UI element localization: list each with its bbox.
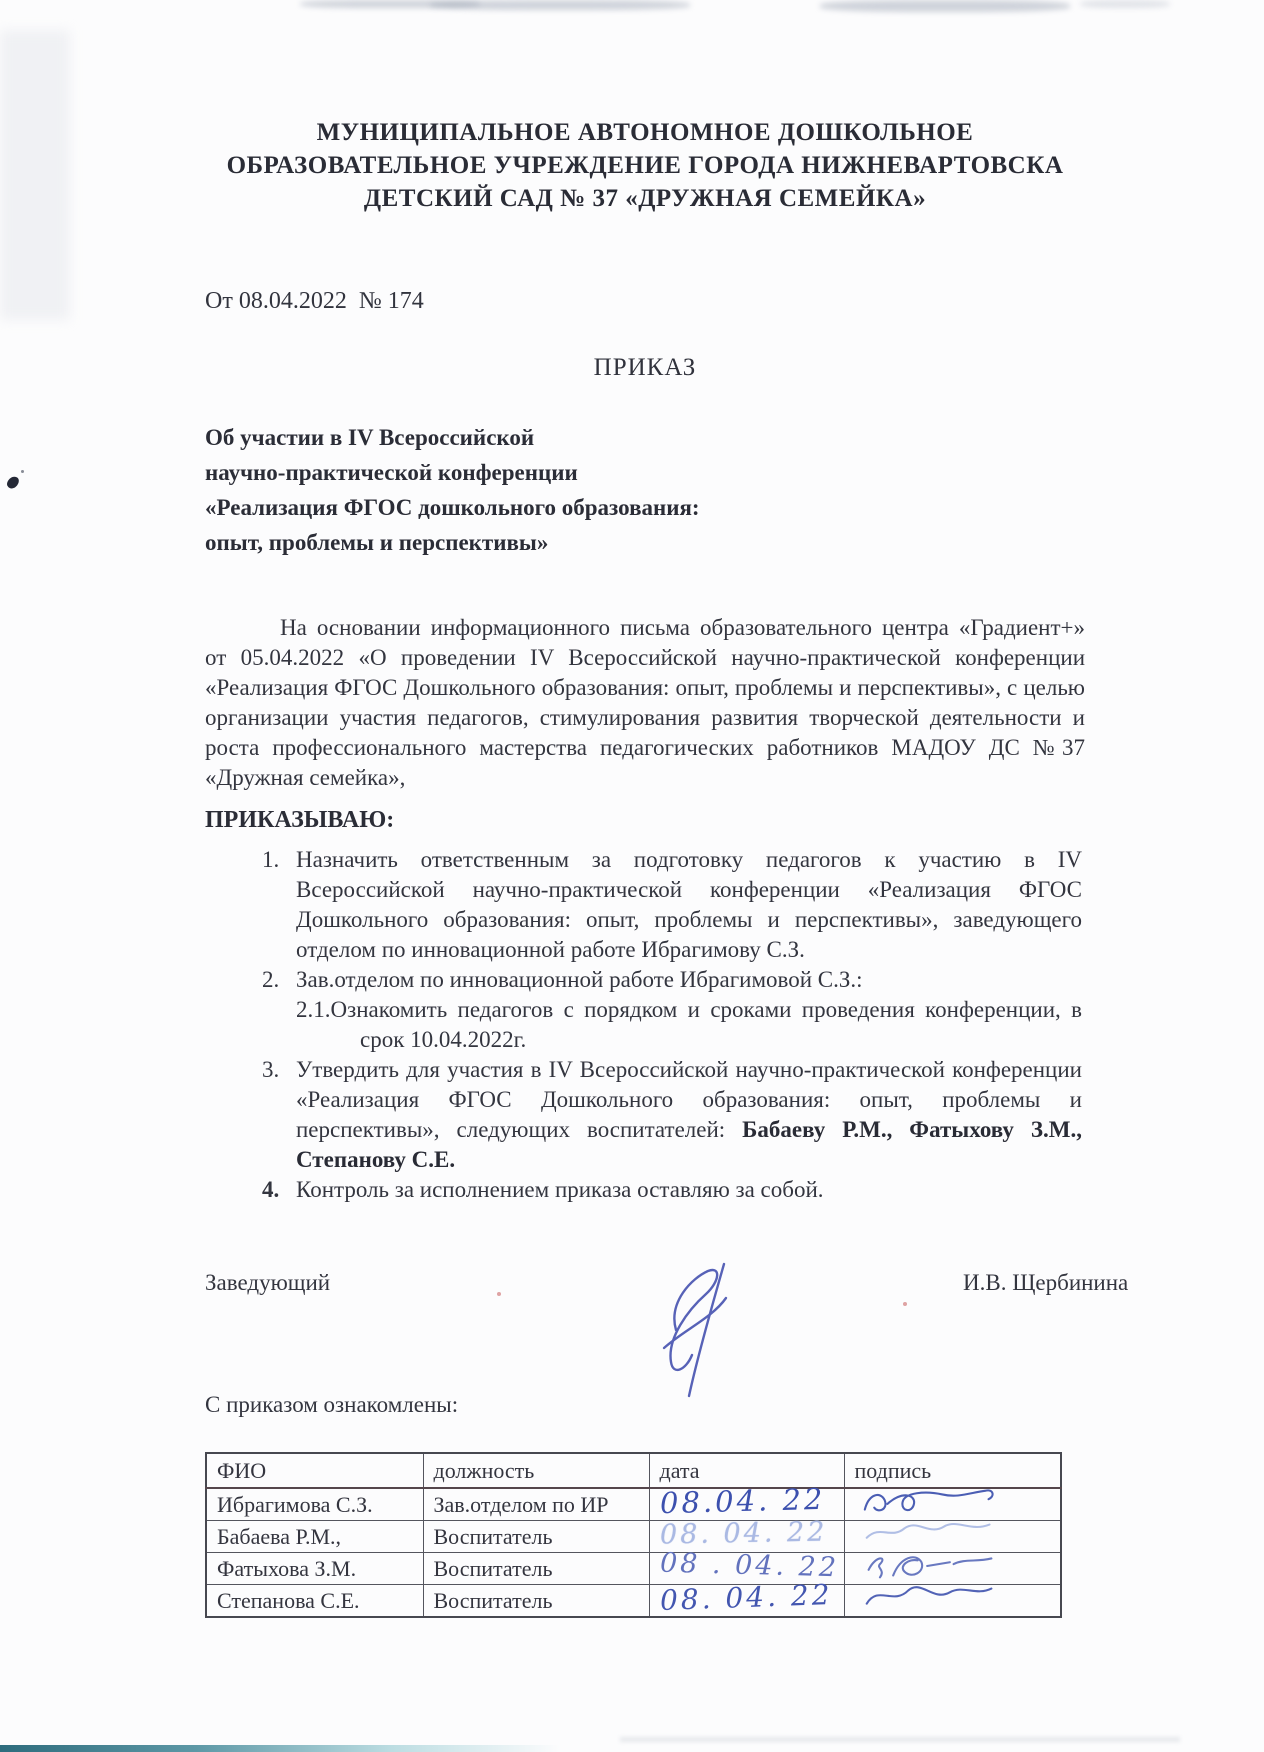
employee-name-cell: Степанова С.Е. (206, 1585, 423, 1618)
employee-position-cell: Воспитатель (423, 1585, 649, 1618)
handwritten-date: 08. 04. 22 (659, 1581, 832, 1613)
order-item-number: 1. (262, 845, 296, 965)
handwritten-date: 08 . 04. 22 (659, 1551, 839, 1582)
red-speck (903, 1302, 907, 1306)
order-item-number: 2. (262, 965, 296, 995)
order-item: 1.Назначить ответственным за подготовку … (205, 845, 1082, 965)
signature-mark (855, 1517, 1005, 1551)
acknowledgement-label: С приказом ознакомлены: (205, 1392, 458, 1418)
table-header-cell: ФИО (206, 1453, 423, 1488)
order-item-text: Зав.отделом по инновационной работе Ибра… (296, 967, 863, 992)
employee-position-cell: Зав.отделом по ИР (423, 1488, 649, 1521)
order-item-text: Контроль за исполнением приказа оставляю… (296, 1177, 824, 1202)
employee-name-cell: Бабаева Р.М., (206, 1521, 423, 1553)
employee-position-cell: Воспитатель (423, 1521, 649, 1553)
order-item: 3.Утвердить для участия в IV Всероссийск… (205, 1055, 1082, 1175)
order-item: 2.1.Ознакомить педагогов с порядком и ср… (296, 995, 1082, 1055)
order-item-text: Назначить ответственным за подготовку пе… (296, 847, 1082, 962)
red-speck (497, 1292, 501, 1296)
scan-smudge-top (820, 0, 1070, 12)
table-header-cell: подпись (844, 1453, 1061, 1488)
organization-name: МУНИЦИПАЛЬНОЕ АВТОНОМНОЕ ДОШКОЛЬНОЕ ОБРА… (192, 116, 1098, 215)
signer-position: Заведующий (205, 1270, 330, 1296)
document-type-title: ПРИКАЗ (205, 354, 1085, 382)
order-item-number: 4. (262, 1175, 296, 1205)
signature-mark (855, 1485, 1005, 1519)
employee-signature-cell (844, 1585, 1061, 1618)
order-subject: Об участии в IV Всероссийской научно-пра… (205, 420, 965, 560)
employee-name-cell: Ибрагимова С.З. (206, 1488, 423, 1521)
scan-smudge-top (1080, 0, 1170, 8)
employee-name-cell: Фатыхова З.М. (206, 1553, 423, 1585)
scan-smudge-top (430, 0, 690, 10)
handwritten-date-cell: 08.04. 22 (649, 1488, 844, 1521)
handwritten-date: 08.04. 22 (659, 1486, 825, 1516)
director-signature (636, 1258, 770, 1404)
order-date-and-number: От 08.04.2022 № 174 (205, 288, 424, 315)
scan-edge-strip (0, 1745, 560, 1752)
signature-mark (855, 1581, 1005, 1615)
table-row: Степанова С.Е.Воспитатель08. 04. 22 (206, 1585, 1061, 1618)
employee-position-cell: Воспитатель (423, 1553, 649, 1585)
order-item-number: 3. (262, 1055, 296, 1175)
signer-name: И.В. Щербинина (963, 1270, 1128, 1296)
scan-shade-left (0, 30, 70, 320)
handwritten-date-cell: 08. 04. 22 (649, 1585, 844, 1618)
scanned-order-document: { "colors": { "ink_text": "#33353f", "ha… (0, 0, 1264, 1752)
table-header-cell: должность (423, 1453, 649, 1488)
signature-mark (855, 1549, 1005, 1583)
preamble-paragraph: На основании информационного письма обра… (205, 613, 1085, 793)
acknowledgement-table: ФИОдолжностьдатаподписьИбрагимова С.З.За… (205, 1452, 1062, 1618)
resolution-label: ПРИКАЗЫВАЮ: (205, 807, 394, 834)
ink-blot (5, 474, 21, 490)
scan-smudge-bottom (620, 1737, 1180, 1742)
order-item-text: 2.1.Ознакомить педагогов с порядком и ср… (296, 997, 1082, 1052)
order-items-list: 1.Назначить ответственным за подготовку … (205, 845, 1082, 1205)
order-item: 4.Контроль за исполнением приказа оставл… (205, 1175, 1082, 1205)
handwritten-date: 08. 04. 22 (659, 1520, 827, 1549)
order-item: 2.Зав.отделом по инновационной работе Иб… (205, 965, 1082, 995)
ink-dot (21, 470, 24, 473)
